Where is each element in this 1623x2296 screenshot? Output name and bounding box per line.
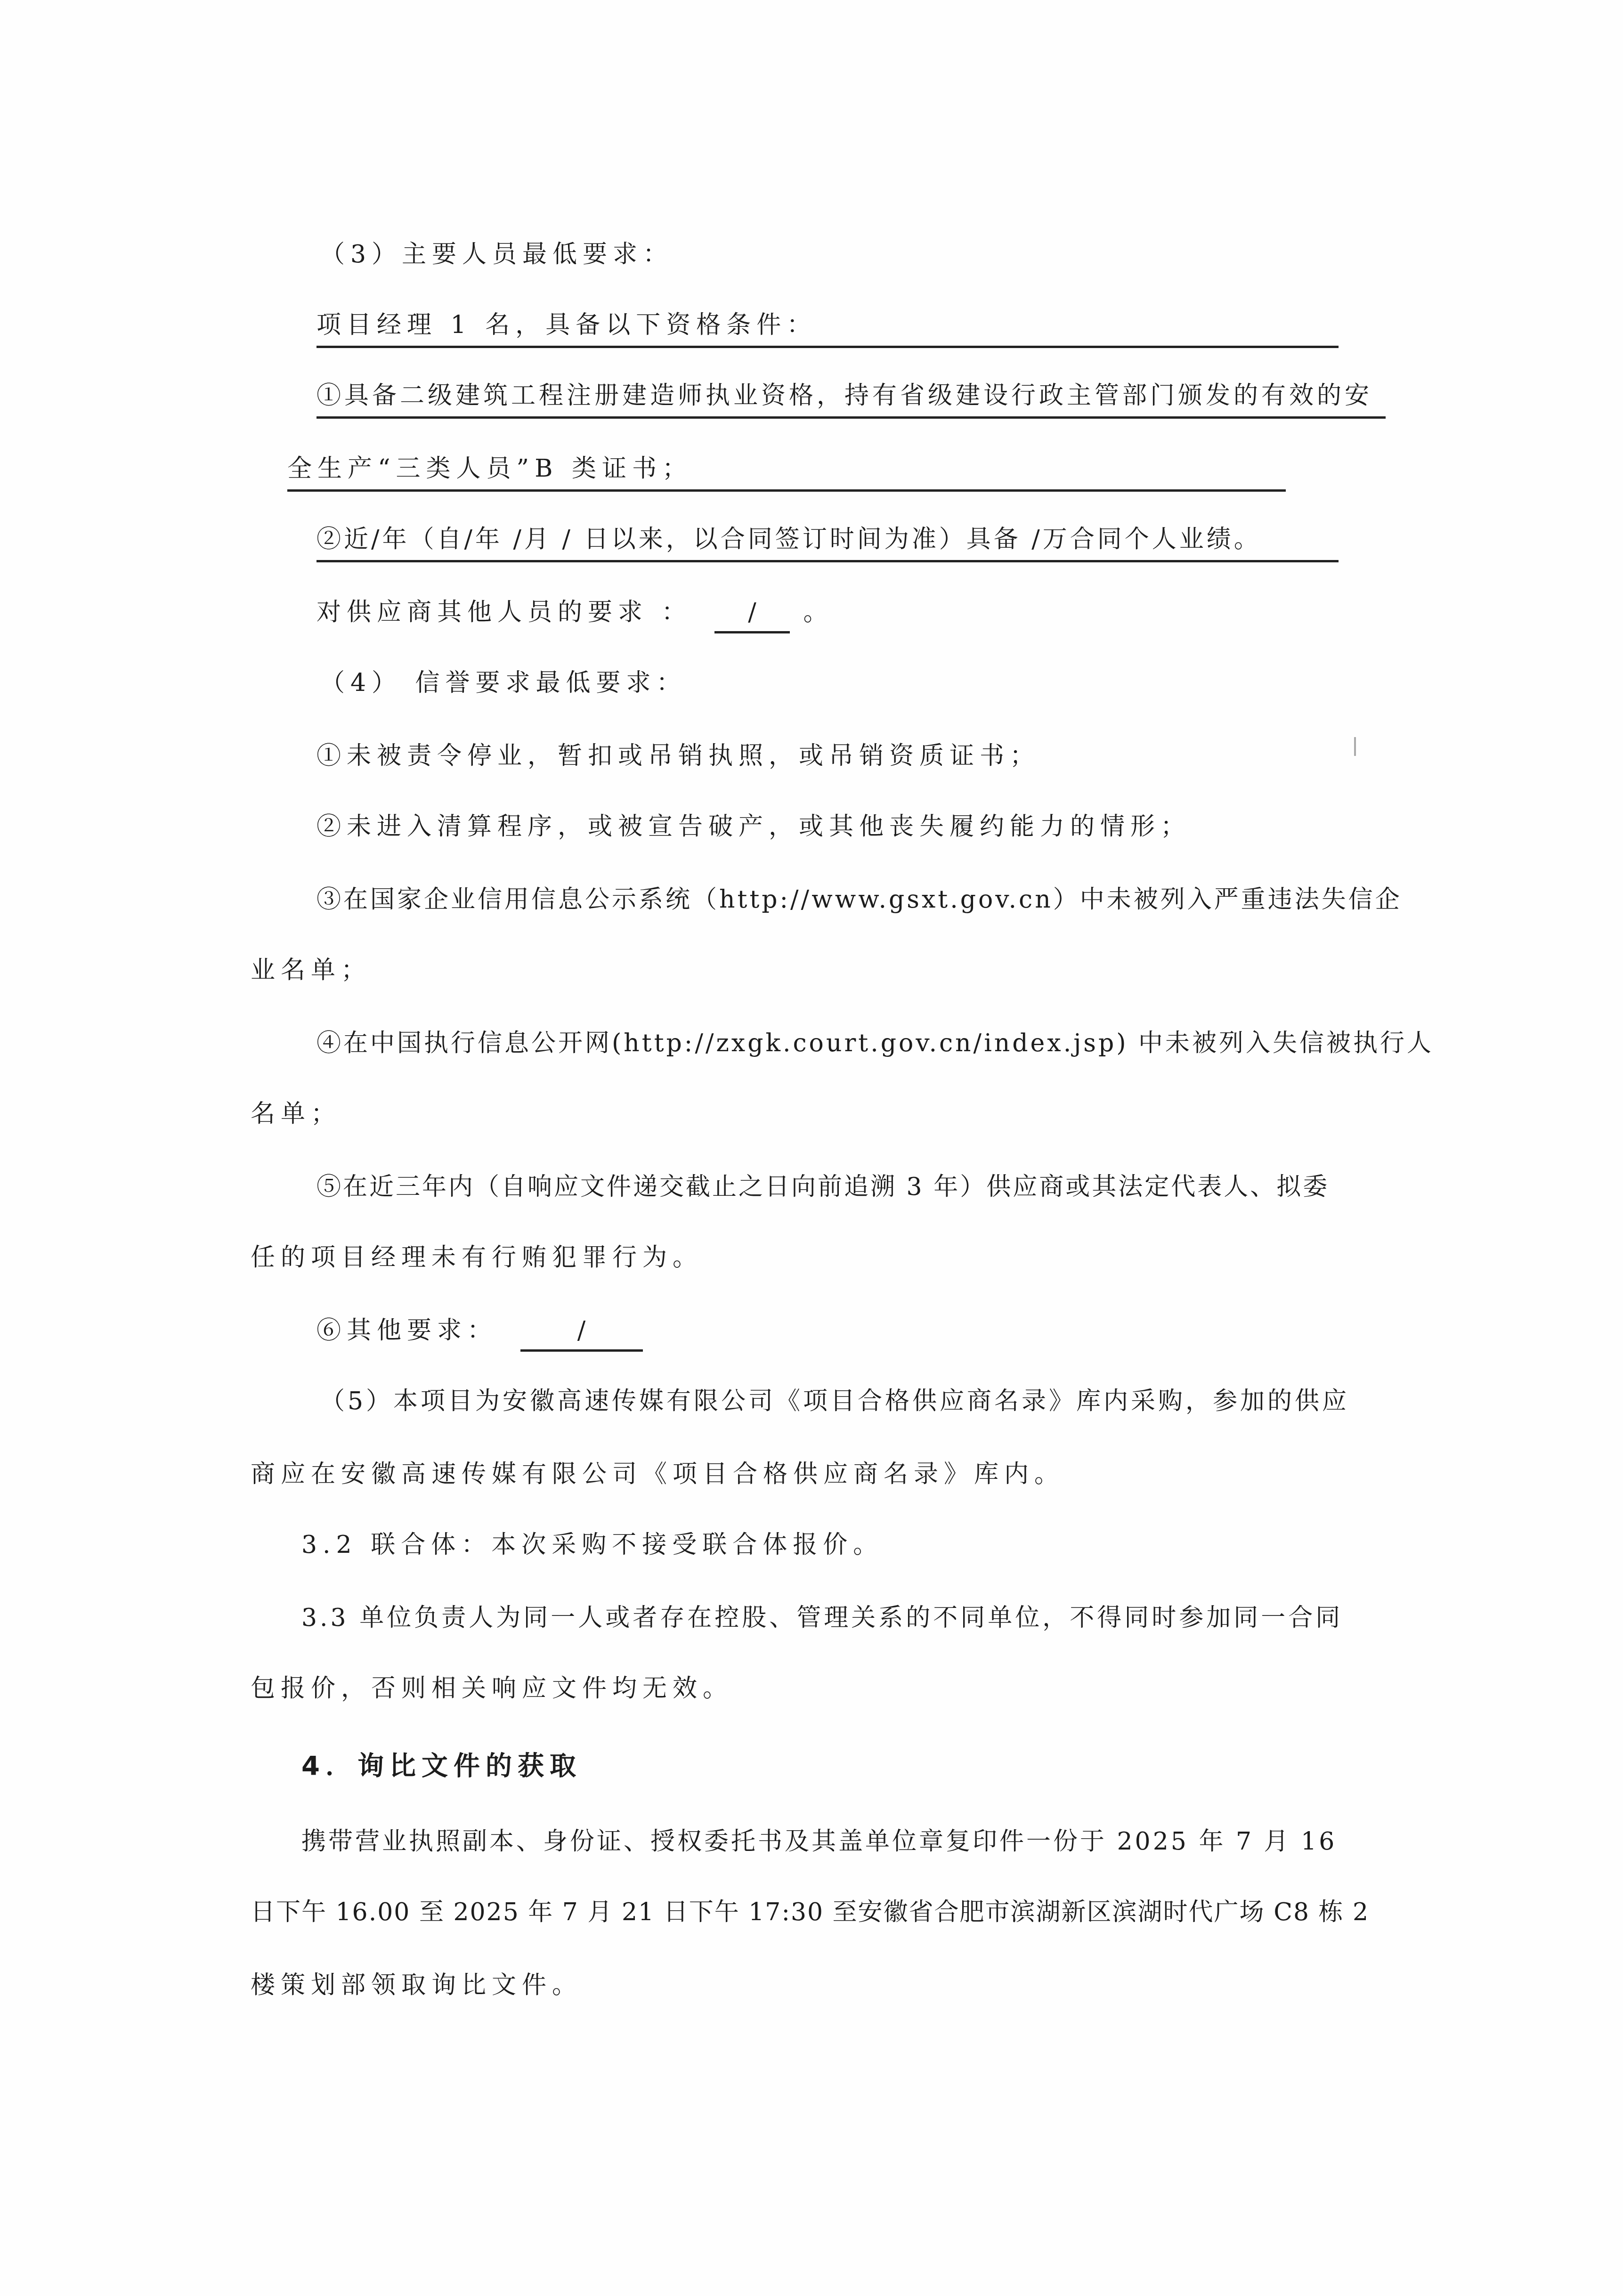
credit-item-6-value: / [520,1312,643,1352]
other-staff-label: 对供应商其他人员的要求 ： [316,598,692,626]
credit-item-3-line-2: 业名单； [251,951,371,989]
credit-item-4-line-2: 名单； [251,1095,341,1133]
credit-item-4-line-1: ④在中国执行信息公开网(http://zxgk.court.gov.cn/ind… [316,1024,1434,1062]
pm-requirement-1-line-2: 全生产“三类人员”B 类证书； [287,450,1286,492]
pm-requirement-2: ②近/年（自/年 /月 / 日以来，以合同签订时间为准）具备 /万合同个人业绩。 [316,520,1339,562]
pm-requirement-1-line-1: ①具备二级建筑工程注册建造师执业资格，持有省级建设行政主管部门颁发的有效的安 [316,377,1386,419]
scan-artifact [1354,737,1356,756]
credit-item-5-line-2: 任的项目经理未有行贿犯罪行为。 [251,1239,703,1276]
credit-item-1: ①未被责令停业，暂扣或吊销执照，或吊销资质证书； [316,737,1040,775]
supplier-directory-line-2: 商应在安徽高速传媒有限公司《项目合格供应商名录》库内。 [251,1455,1064,1493]
staff-requirements-title: （3）主要人员最低要求： [320,235,673,273]
affiliated-units-clause-line-1: 3.3 单位负责人为同一人或者存在控股、管理关系的不同单位，不得同时参加同一合同 [301,1599,1343,1637]
section-heading-4: 4．询比文件的获取 [301,1747,582,1785]
acquisition-line-1: 携带营业执照副本、身份证、授权委托书及其盖单位章复印件一份于 2025 年 7 … [301,1823,1337,1860]
credit-item-3-line-1: ③在国家企业信用信息公示系统（http://www.gsxt.gov.cn）中未… [316,881,1402,918]
credit-item-5-line-1: ⑤在近三年内（自响应文件递交截止之日向前追溯 3 年）供应商或其法定代表人、拟委 [316,1168,1329,1206]
acquisition-line-2: 日下午 16.00 至 2025 年 7 月 21 日下午 17:30 至安徽省… [251,1893,1369,1931]
credit-item-2: ②未进入清算程序，或被宣告破产，或其他丧失履约能力的情形； [316,808,1191,845]
credit-item-6-label: ⑥其他要求： [316,1316,497,1345]
consortium-clause: 3.2 联合体：本次采购不接受联合体报价。 [301,1526,883,1564]
document-page: （3）主要人员最低要求： 项目经理 1 名，具备以下资格条件： ①具备二级建筑工… [0,0,1623,2296]
credit-item-6: ⑥其他要求： / [316,1312,643,1352]
affiliated-units-clause-line-2: 包报价，否则相关响应文件均无效。 [251,1670,733,1707]
project-manager-line: 项目经理 1 名，具备以下资格条件： [316,306,1339,348]
other-staff-value: / [714,593,790,633]
supplier-directory-line-1: （5）本项目为安徽高速传媒有限公司《项目合格供应商名录》库内采购，参加的供应 [320,1382,1349,1420]
credit-requirements-title: （4） 信誉要求最低要求： [320,664,687,702]
other-staff-requirement: 对供应商其他人员的要求 ： / 。 [316,593,834,633]
acquisition-line-3: 楼策划部领取询比文件。 [251,1966,582,2004]
other-staff-end: 。 [803,598,834,626]
